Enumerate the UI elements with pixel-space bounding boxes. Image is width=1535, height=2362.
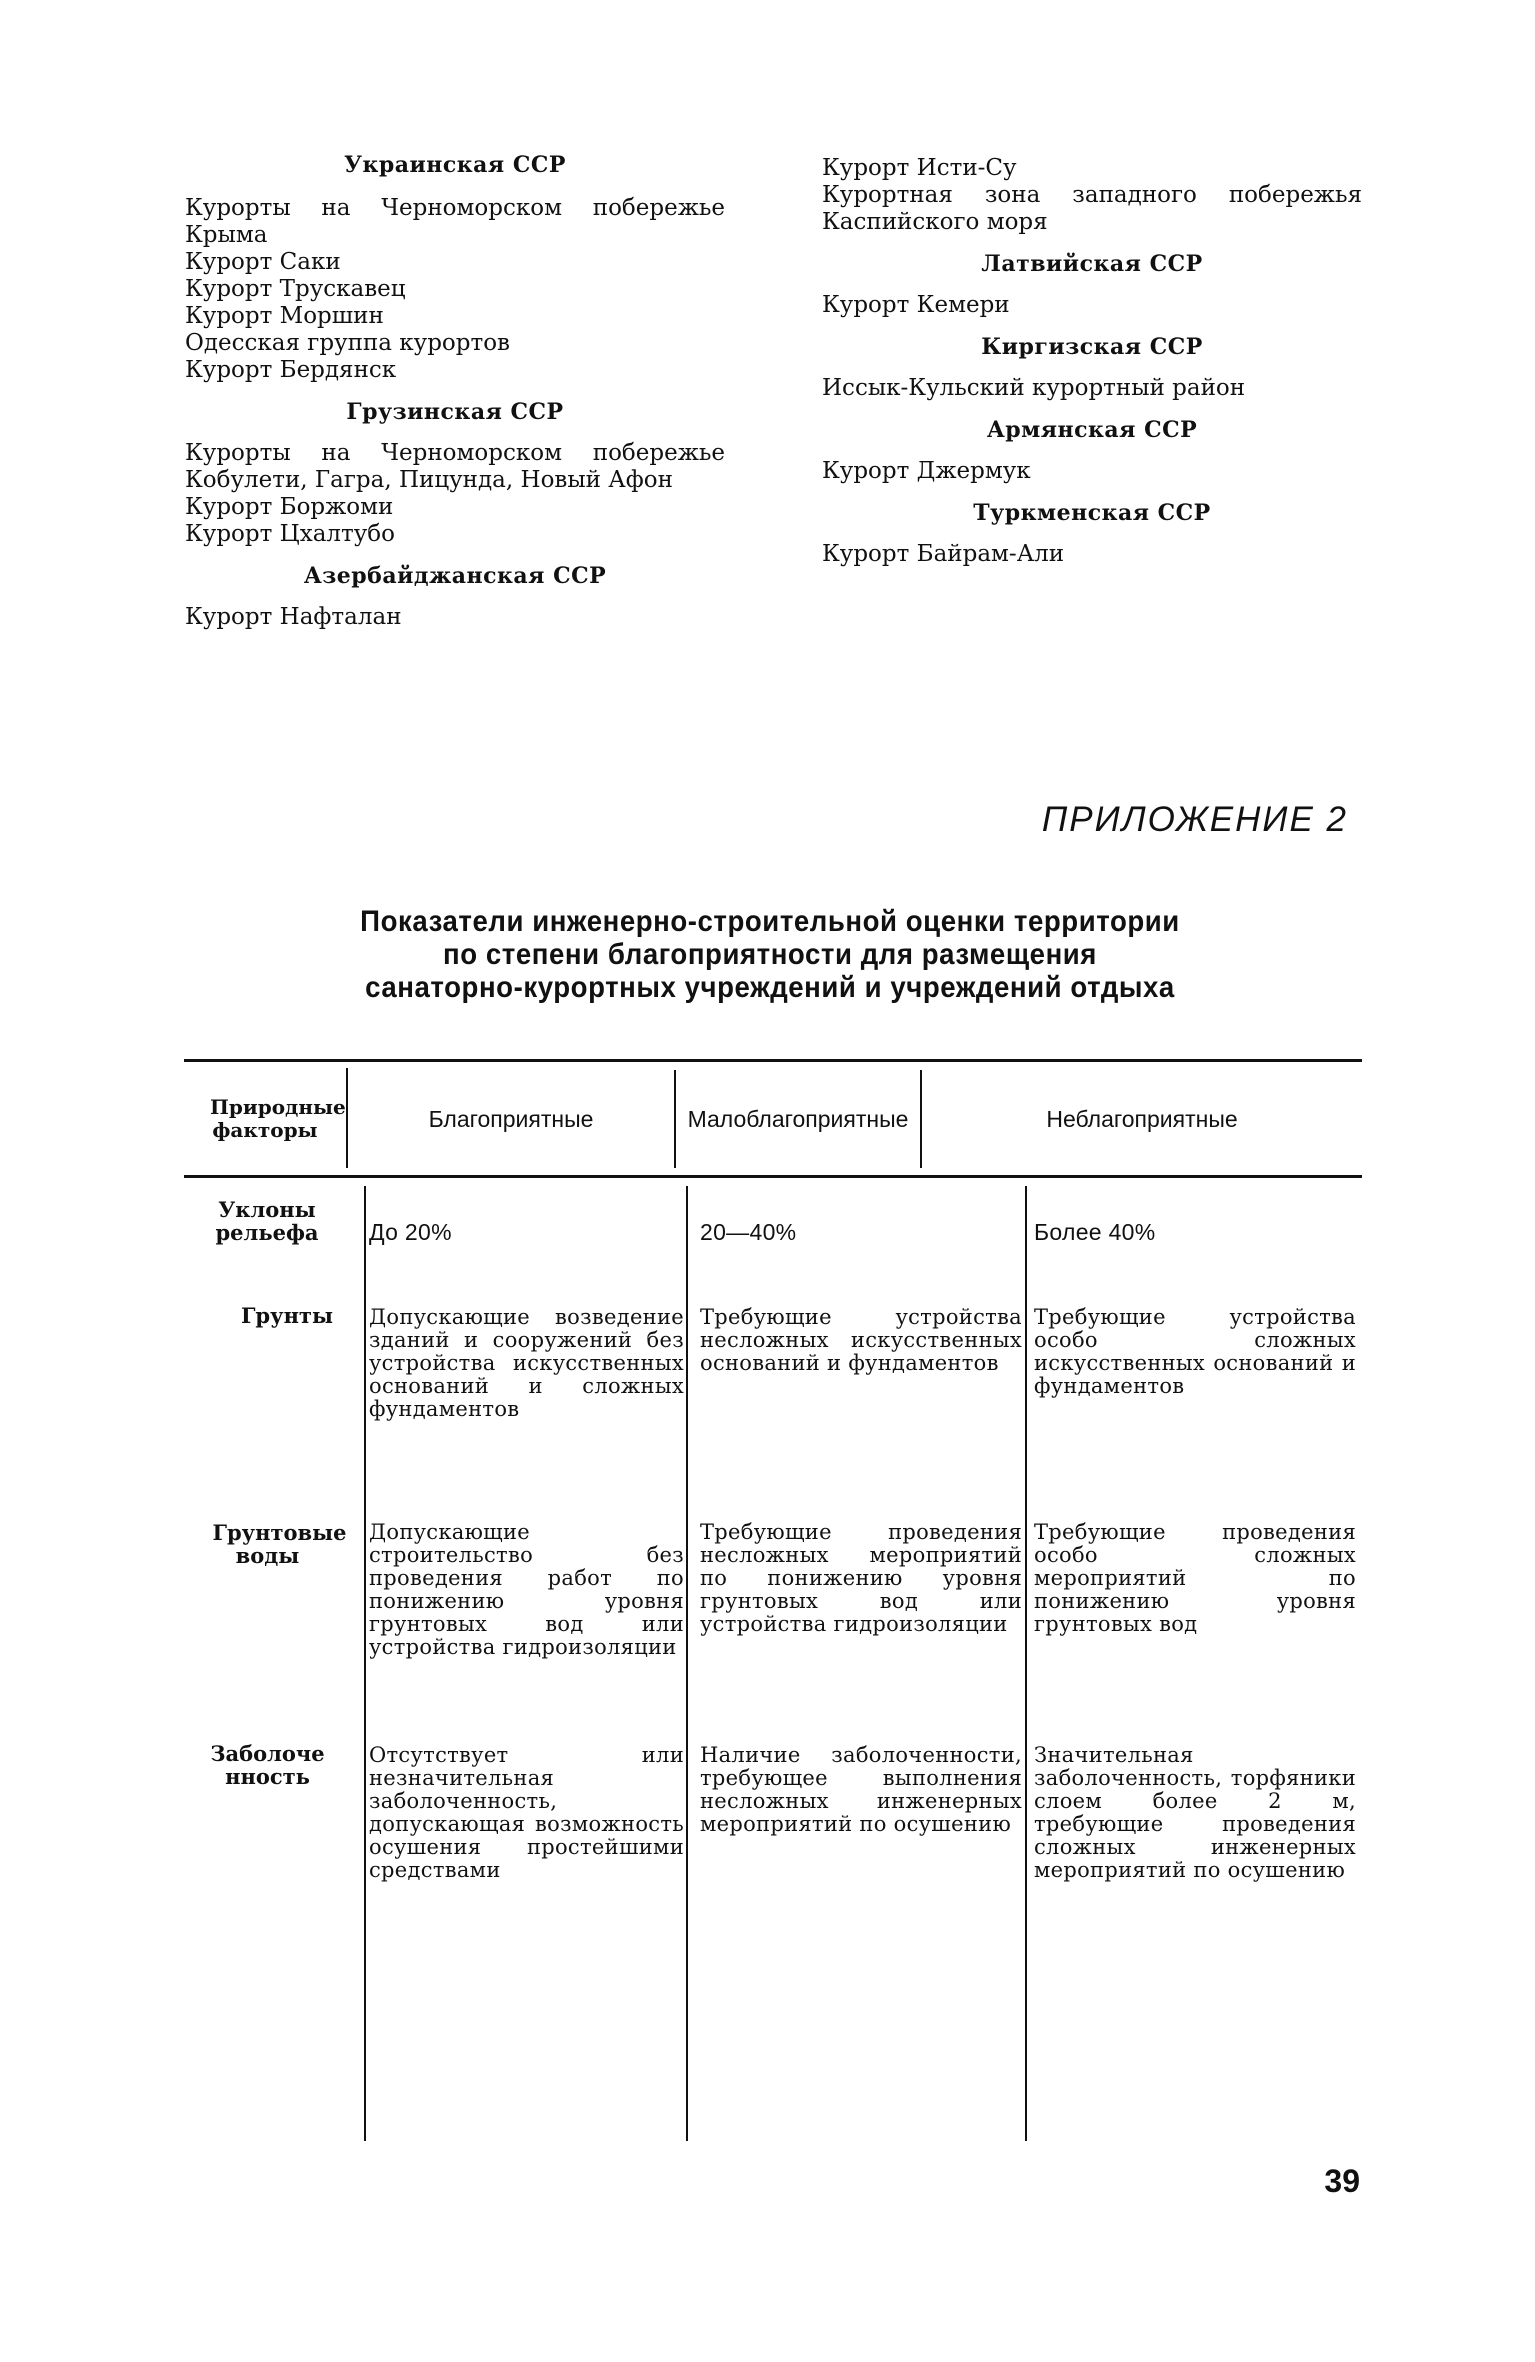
resort-item: Иссык-Кульский курортный район — [822, 375, 1362, 402]
resort-item: Курорты на Черноморском побережье Кобуле… — [185, 440, 725, 494]
region-heading-latvia: Латвийская ССР — [822, 251, 1362, 278]
cell-groundwater-less-favorable: Требующие проведения несложных мероприят… — [700, 1521, 1022, 1636]
resort-item: Курорт Нафталан — [185, 604, 725, 631]
resort-list-right: Курорт Исти-Су Курортная зона западного … — [822, 155, 1362, 568]
cell-soils-favorable: Допускающие возведение зданий и сооружен… — [369, 1306, 684, 1421]
region-heading-ukraine: Украинская ССР — [185, 152, 725, 179]
resort-item: Курорт Джермук — [822, 458, 1362, 485]
cell-groundwater-unfavorable: Требующие проведения особо сложных мероп… — [1034, 1521, 1356, 1636]
region-heading-georgia: Грузинская ССР — [185, 399, 725, 426]
cell-soils-unfavorable: Требующие устройства особо сложных искус… — [1034, 1306, 1356, 1398]
header-divider — [920, 1070, 922, 1168]
body-divider — [364, 1186, 366, 2141]
title-line: санаторно-курортных учреждений и учрежде… — [227, 971, 1313, 1004]
cell-slopes-less-favorable: 20—40% — [700, 1221, 1020, 1244]
resort-item: Курорт Моршин — [185, 303, 725, 330]
resort-item: Курорт Байрам-Али — [822, 541, 1362, 568]
region-heading-turkmenistan: Туркменская ССР — [822, 500, 1362, 527]
region-heading-armenia: Армянская ССР — [822, 417, 1362, 444]
header-unfavorable: Неблагоприятные — [924, 1064, 1360, 1174]
header-favorable: Благоприятные — [350, 1064, 672, 1174]
cell-soils-less-favorable: Требующие устройства несложных искусстве… — [700, 1306, 1022, 1375]
region-heading-kyrgyzstan: Киргизская ССР — [822, 334, 1362, 361]
resort-item: Курорт Цхалтубо — [185, 521, 725, 548]
header-less-favorable: Малоблагоприятные — [678, 1064, 918, 1174]
resort-item: Курорт Кемери — [822, 292, 1362, 319]
table-top-rule — [184, 1059, 1362, 1062]
header-natural-factors: Природные факторы — [186, 1064, 344, 1174]
appendix-label: ПРИЛОЖЕНИЕ 2 — [1000, 800, 1348, 840]
title-line: Показатели инженерно-строительной оценки… — [227, 905, 1313, 938]
resort-item: Курорт Исти-Су — [822, 155, 1362, 182]
resort-item: Одесская группа курортов — [185, 330, 725, 357]
cell-waterlogging-favorable: Отсутствует или незначительная заболочен… — [369, 1744, 684, 1882]
cell-groundwater-favorable: Допускающие строительство без проведения… — [369, 1521, 684, 1659]
resort-item: Курорт Саки — [185, 249, 725, 276]
table-header-rule — [184, 1175, 1362, 1178]
resort-item: Курорты на Черноморском побережье Крыма — [185, 195, 725, 249]
row-label-groundwater: Грунтовые воды — [190, 1521, 345, 1567]
table-title: Показатели инженерно-строительной оценки… — [227, 905, 1313, 1004]
region-heading-azerbaijan: Азербайджанская ССР — [185, 563, 725, 590]
cell-slopes-favorable: До 20% — [369, 1221, 677, 1244]
cell-waterlogging-unfavorable: Значительная заболоченность, торфяники с… — [1034, 1744, 1356, 1882]
row-label-soils: Грунты — [190, 1304, 333, 1327]
header-divider — [346, 1068, 348, 1168]
resort-item: Курорт Боржоми — [185, 494, 725, 521]
cell-slopes-unfavorable: Более 40% — [1034, 1221, 1356, 1244]
header-divider — [674, 1070, 676, 1168]
title-line: по степени благоприятности для размещени… — [227, 938, 1313, 971]
resort-item: Курорт Трускавец — [185, 276, 725, 303]
page-number: 39 — [1300, 2163, 1360, 2200]
cell-waterlogging-less-favorable: Наличие заболоченности, требующее выполн… — [700, 1744, 1022, 1836]
resort-item: Курорт Бердянск — [185, 357, 725, 384]
resort-item: Курортная зона западного побережья Каспи… — [822, 182, 1362, 236]
row-label-waterlogging: Заболоченность — [190, 1742, 345, 1788]
resort-list-left: Украинская ССР Курорты на Черноморском п… — [185, 152, 725, 631]
body-divider — [686, 1186, 688, 2141]
body-divider — [1025, 1186, 1027, 2141]
row-label-slopes: Уклоны рельефа — [192, 1198, 342, 1244]
